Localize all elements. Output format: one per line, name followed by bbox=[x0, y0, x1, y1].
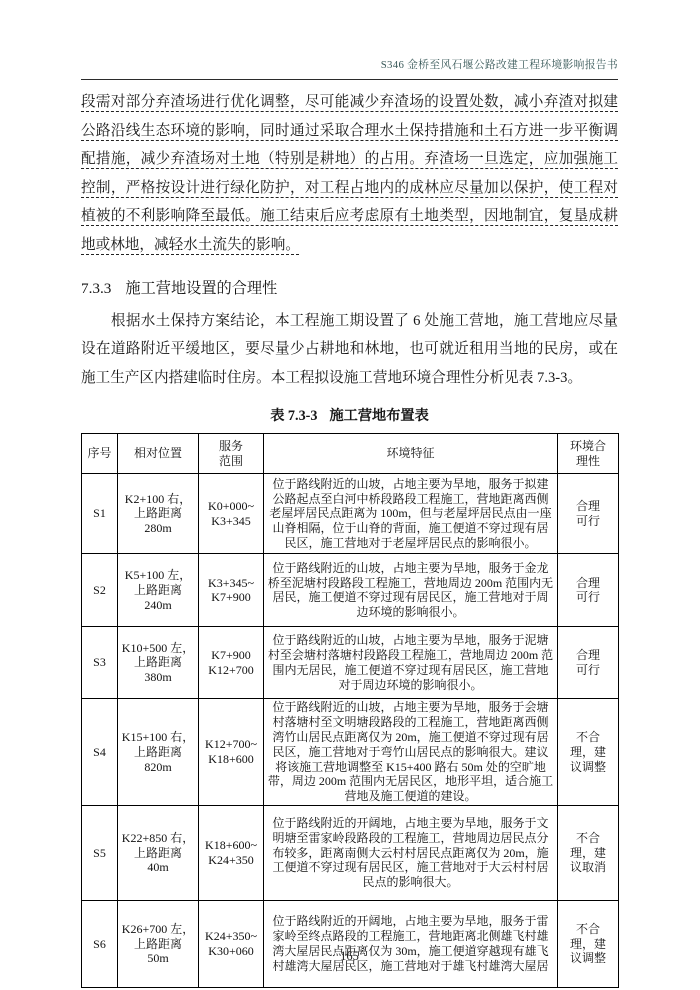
col-header-verdict: 环境合 理性 bbox=[558, 434, 619, 474]
camp-layout-table: 序号 相对位置 服务 范围 环境特征 环境合 理性 S1K2+100 右， 上路… bbox=[81, 433, 619, 988]
document-page: S346 金桥至风石堰公路改建工程环境影响报告书 段需对部分弃渣场进行优化调整，… bbox=[81, 0, 618, 990]
table-body: S1K2+100 右， 上路距离 280mK0+000~ K3+345位于路线附… bbox=[82, 474, 619, 988]
cell-serial: S6 bbox=[82, 900, 118, 987]
col-header-range: 服务 范围 bbox=[199, 434, 264, 474]
cell-serial: S5 bbox=[82, 805, 118, 900]
paragraph-body: 根据水土保持方案结论，本工程施工期设置了 6 处施工营地，施工营地应尽量设在道路… bbox=[81, 307, 618, 393]
cell-serial: S2 bbox=[82, 554, 118, 627]
col-header-feature: 环境特征 bbox=[264, 434, 558, 474]
page-number: 165 bbox=[81, 949, 618, 964]
cell-feature: 位于路线附近的山坡，占地主要为旱地，服务于金龙桥至泥塘村段路段工程施工，营地周边… bbox=[264, 554, 558, 627]
table-caption-label: 表 7.3-3 bbox=[270, 408, 317, 424]
cell-range: K18+600~ K24+350 bbox=[199, 805, 264, 900]
cell-verdict: 不合 理，建 议调整 bbox=[558, 900, 619, 987]
running-header: S346 金桥至风石堰公路改建工程环境影响报告书 bbox=[81, 57, 618, 72]
cell-verdict: 不合 理，建 议调整 bbox=[558, 699, 619, 806]
table-row: S6K26+700 左， 上路距离 50mK24+350~ K30+060位于路… bbox=[82, 900, 619, 987]
cell-position: K22+850 右， 上路距离 40m bbox=[118, 805, 199, 900]
cell-feature: 位于路线附近的山坡，占地主要为旱地，服务于拟建公路起点至白河中桥段路段工程施工，… bbox=[264, 474, 558, 554]
cell-position: K2+100 右， 上路距离 280m bbox=[118, 474, 199, 554]
col-header-serial: 序号 bbox=[82, 434, 118, 474]
table-header: 序号 相对位置 服务 范围 环境特征 环境合 理性 bbox=[82, 434, 619, 474]
cell-range: K0+000~ K3+345 bbox=[199, 474, 264, 554]
cell-verdict: 合理 可行 bbox=[558, 474, 619, 554]
cell-verdict: 合理 可行 bbox=[558, 554, 619, 627]
cell-range: K3+345~ K7+900 bbox=[199, 554, 264, 627]
cell-range: K7+900 K12+700 bbox=[199, 627, 264, 699]
cell-serial: S3 bbox=[82, 627, 118, 699]
cell-range: K24+350~ K30+060 bbox=[199, 900, 264, 987]
table-header-row: 序号 相对位置 服务 范围 环境特征 环境合 理性 bbox=[82, 434, 619, 474]
cell-position: K15+100 右， 上路距离 820m bbox=[118, 699, 199, 806]
cell-serial: S1 bbox=[82, 474, 118, 554]
cell-feature: 位于路线附近的开阔地，占地主要为旱地，服务于雷家岭至终点路段的工程施工，营地距离… bbox=[264, 900, 558, 987]
table-row: S5K22+850 右， 上路距离 40mK18+600~ K24+350位于路… bbox=[82, 805, 619, 900]
table-row: S3K10+500 左， 上路距离 380mK7+900 K12+700位于路线… bbox=[82, 627, 619, 699]
cell-verdict: 不合 理，建 议取消 bbox=[558, 805, 619, 900]
table-row: S1K2+100 右， 上路距离 280mK0+000~ K3+345位于路线附… bbox=[82, 474, 619, 554]
table-caption-title: 施工营地布置表 bbox=[329, 408, 428, 424]
cell-serial: S4 bbox=[82, 699, 118, 806]
col-header-position: 相对位置 bbox=[118, 434, 199, 474]
section-heading: 7.3.3施工营地设置的合理性 bbox=[81, 277, 618, 298]
section-number: 7.3.3 bbox=[81, 280, 111, 297]
table-row: S2K5+100 左， 上路距离 240mK3+345~ K7+900位于路线附… bbox=[82, 554, 619, 627]
section-title: 施工营地设置的合理性 bbox=[125, 280, 277, 297]
cell-position: K5+100 左， 上路距离 240m bbox=[118, 554, 199, 627]
cell-position: K26+700 左， 上路距离 50m bbox=[118, 900, 199, 987]
cell-verdict: 合理 可行 bbox=[558, 627, 619, 699]
cell-feature: 位于路线附近的山坡，占地主要为旱地，服务于会塘村落塘村至文明塘段路段的工程施工，… bbox=[264, 699, 558, 806]
cell-position: K10+500 左， 上路距离 380m bbox=[118, 627, 199, 699]
table-caption: 表 7.3-3施工营地布置表 bbox=[81, 405, 618, 425]
cell-range: K12+700~ K18+600 bbox=[199, 699, 264, 806]
header-rule bbox=[81, 79, 618, 80]
table-row: S4K15+100 右， 上路距离 820mK12+700~ K18+600位于… bbox=[82, 699, 619, 806]
cell-feature: 位于路线附近的山坡，占地主要为旱地，服务于泥塘村至会塘村落塘村段路段工程施工，营… bbox=[264, 627, 558, 699]
paragraph-continued: 段需对部分弃渣场进行优化调整，尽可能减少弃渣场的设置处数，减小弃渣对拟建公路沿线… bbox=[81, 88, 618, 260]
cell-feature: 位于路线附近的开阔地，占地主要为旱地，服务于文明塘至雷家岭段路段的工程施工，营地… bbox=[264, 805, 558, 900]
